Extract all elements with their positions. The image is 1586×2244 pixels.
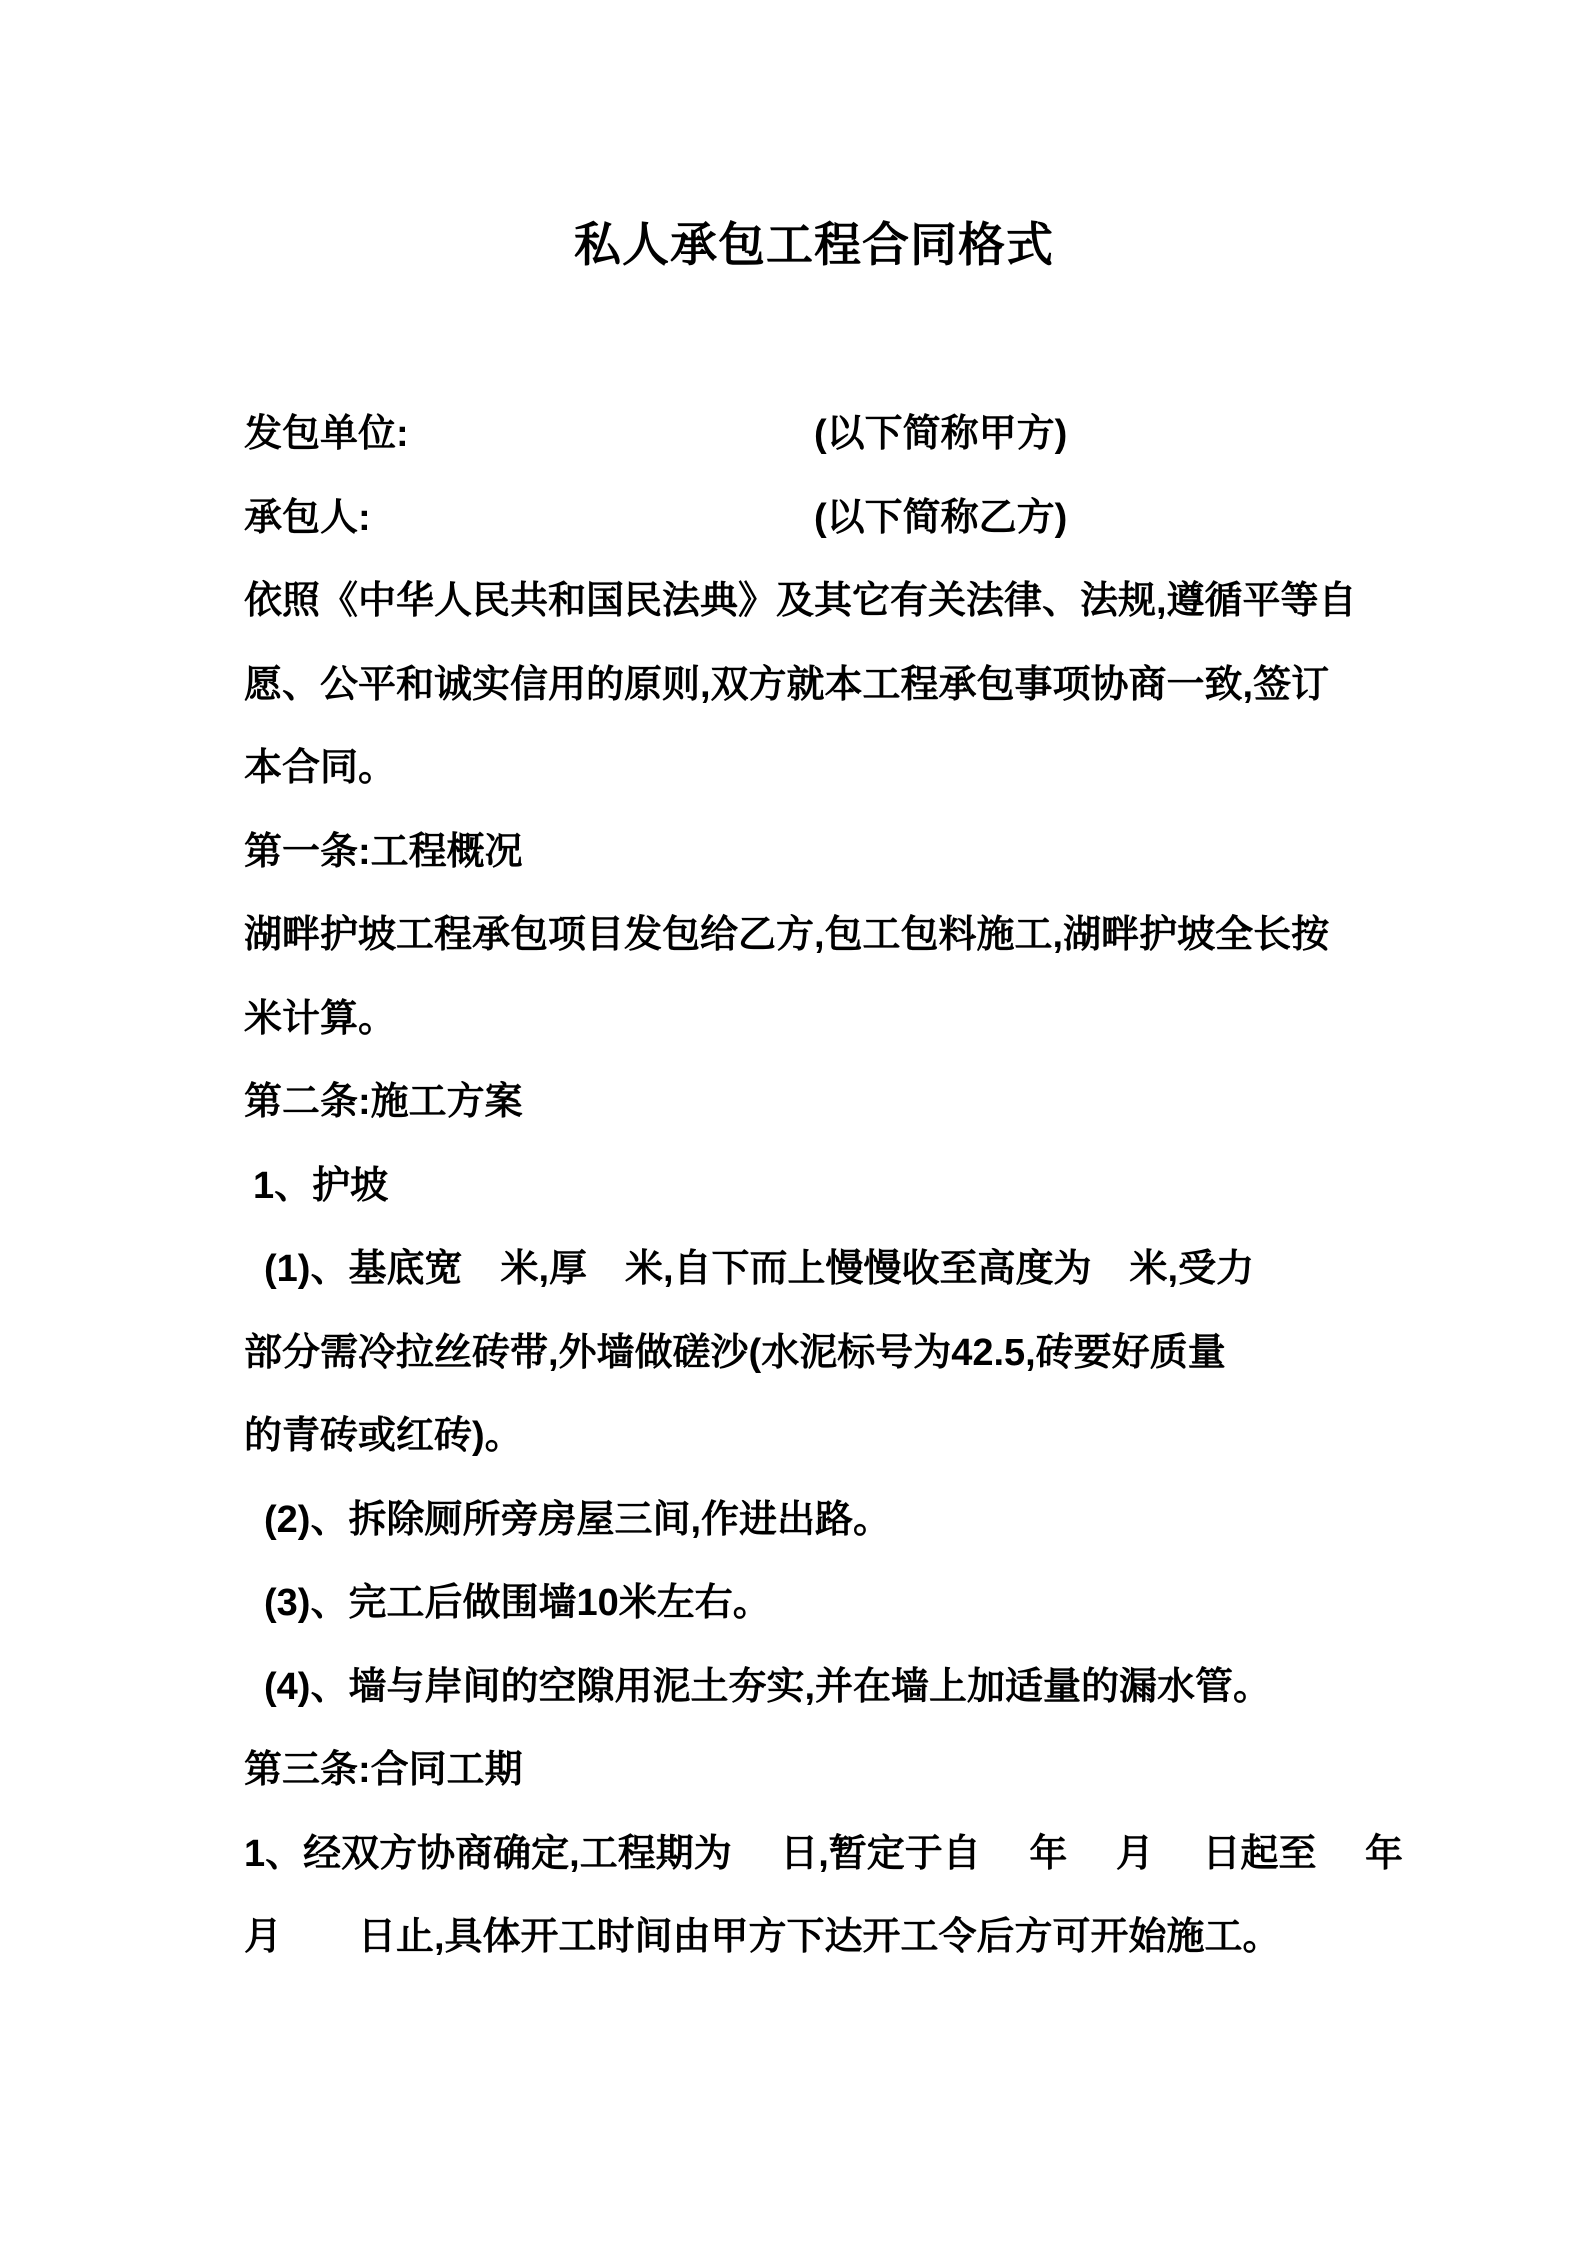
article-2-sub-item-1-cont: 部分需冷拉丝砖带,外墙做磋沙(水泥标号为42.5,砖要好质量 <box>244 1312 1384 1396</box>
article-1-heading: 第一条:工程概况 <box>244 811 1384 895</box>
article-3-body-line: 月 日止,具体开工时间由甲方下达开工令后方可开始施工。 <box>244 1896 1384 1980</box>
party-a-note: (以下简称甲方) <box>814 393 1067 477</box>
party-b-note: (以下简称乙方) <box>814 477 1067 561</box>
article-3-body-line: 1、经双方协商确定,工程期为 日,暂定于自 年 月 日起至 年 <box>244 1813 1384 1897</box>
contractor-label: 承包人: <box>244 497 371 539</box>
article-1-body-line: 湖畔护坡工程承包项目发包给乙方,包工包料施工,湖畔护坡全长按 <box>244 894 1384 978</box>
contract-document-page: 私人承包工程合同格式 发包单位: (以下简称甲方) 承包人: (以下简称乙方) … <box>0 0 1586 2244</box>
article-1-body-line: 米计算。 <box>244 978 1384 1062</box>
document-body: 发包单位: (以下简称甲方) 承包人: (以下简称乙方) 依照《中华人民共和国民… <box>244 393 1384 1980</box>
preamble-line: 依照《中华人民共和国民法典》及其它有关法律、法规,遵循平等自 <box>244 560 1384 644</box>
article-2-heading: 第二条:施工方案 <box>244 1061 1384 1145</box>
article-2-sub-item-1-cont: 的青砖或红砖)。 <box>244 1395 1384 1479</box>
document-title: 私人承包工程合同格式 <box>244 0 1384 273</box>
employer-line: 发包单位: (以下简称甲方) <box>244 393 1384 477</box>
article-2-sub-item-3: (3)、完工后做围墙10米左右。 <box>244 1562 1384 1646</box>
article-2-sub-item-2: (2)、拆除厕所旁房屋三间,作进出路。 <box>244 1479 1384 1563</box>
article-2-sub-item-4: (4)、墙与岸间的空隙用泥土夯实,并在墙上加适量的漏水管。 <box>244 1646 1384 1730</box>
employer-label: 发包单位: <box>244 413 409 455</box>
article-2-item-1-title: 1、护坡 <box>244 1145 1384 1229</box>
contractor-line: 承包人: (以下简称乙方) <box>244 477 1384 561</box>
article-3-heading: 第三条:合同工期 <box>244 1729 1384 1813</box>
preamble-line: 本合同。 <box>244 727 1384 811</box>
preamble-line: 愿、公平和诚实信用的原则,双方就本工程承包事项协商一致,签订 <box>244 644 1384 728</box>
article-2-sub-item-1: (1)、基底宽 米,厚 米,自下而上慢慢收至高度为 米,受力 <box>244 1228 1384 1312</box>
